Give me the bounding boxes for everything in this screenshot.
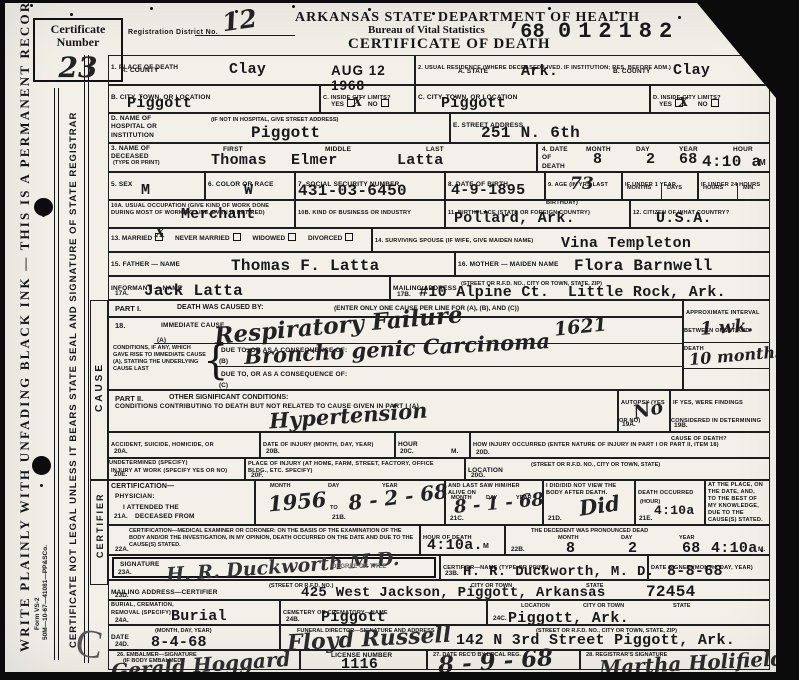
field-certifier-name: CERTIFIER—NAME (TYPE OR PRINT) 23B. H. R… (440, 555, 648, 580)
viewed-body-value: Did (577, 490, 621, 520)
death-year-value: 68 (679, 151, 698, 168)
deceased-from-label: DECEASED FROM (133, 512, 197, 522)
field-number: 20F. (251, 472, 263, 479)
field-marital-status: 13. MARRIEDX NEVER MARRIED WIDOWED DIVOR… (108, 228, 372, 252)
field-label: A. COUNTY (119, 66, 161, 76)
certifier-zip-value: 72454 (646, 583, 696, 601)
field-citizen: 12. CITIZEN OF WHAT COUNTRY? U.S.A. (630, 200, 770, 228)
conditions-note: CONDITIONS, IF ANY, WHICH GAVE RISE TO I… (113, 345, 207, 373)
pronounced-label: THE DECEDENT WAS PRONOUNCED DEAD (531, 528, 648, 535)
field-label: HOW INJURY OCCURRED (ENTER NATURE OF INJ… (471, 441, 751, 450)
field-age: 9. AGE (IN YRS LAST BIRTHDAY) 73 (545, 172, 622, 200)
field-embalmer-signature: 26. EMBALMER—SIGNATURE (IF BODY EMBALMED… (108, 650, 300, 670)
street-address-value: 251 N. 6th (481, 124, 580, 142)
file-year-stamp: ’68 (508, 21, 545, 44)
due-to-label: DUE TO, OR AS A CONSEQUENCE OF: (219, 370, 349, 380)
checkbox-no (381, 99, 389, 107)
sex-value: M (141, 182, 150, 199)
certifier-section-label: CERTIFIER (95, 492, 105, 558)
field-sex: 5. SEX M (108, 172, 205, 200)
field-burial-date: DATE (MONTH, DAY, YEAR) 24D. 8-4-68 (108, 625, 280, 650)
field-how-injury-occurred: HOW INJURY OCCURRED (ENTER NATURE OF INJ… (470, 432, 770, 458)
location-label: LOCATION (521, 603, 550, 610)
certifier-address-value: 425 West Jackson, Piggott, Arkansas (301, 585, 606, 601)
physician-label: PHYSICIAN: (109, 492, 254, 502)
field-street-address: E. STREET ADDRESS 251 N. 6th (450, 113, 770, 143)
burial-date-value: 8-4-68 (151, 634, 207, 651)
field-label: D. NAME OF HOSPITAL OR INSTITUTION (109, 114, 189, 141)
field-place-of-injury: PLACE OF INJURY (AT HOME, FARM, STREET, … (245, 458, 465, 480)
residence-state-value: Ark. (521, 63, 558, 80)
married-label: 13. MARRIED (111, 235, 152, 242)
field-number: 23A. (118, 569, 132, 576)
certificate-scan: WRITE PLAINLY WITH UNFADING BLACK INK — … (0, 0, 799, 680)
informant-value: Jack Latta (144, 282, 243, 300)
field-cemetery-name: CEMETERY OR CREMATORY—NAME 24B. Piggott (280, 600, 487, 625)
field-label: 16. MOTHER — MAIDEN NAME (456, 260, 561, 269)
spouse-value: Vina Templeton (561, 235, 691, 252)
field-number: 24A. (115, 617, 129, 624)
field-injury-location: LOCATION (STREET OR R.F.D. NO., CITY OR … (465, 458, 770, 480)
field-if-under-24-hours: IF UNDER 24 HOURS HOURS MIN. (698, 172, 770, 200)
cause-of-death-block: 18. IMMEDIATE CAUSE (A) Respiratory Fail… (108, 317, 683, 390)
checkbox-no (711, 99, 719, 107)
field-certifier-signature: SIGNATURE 23A. H. R. Duckworth M.D. DEGR… (108, 555, 440, 580)
no-label: NO (698, 101, 708, 108)
city-value: Piggott (127, 95, 192, 112)
field-death-occurred-hour: DEATH OCCURRED (HOUR) 21E. 4:10a (635, 480, 705, 525)
meridiem-label: M. (451, 448, 458, 455)
rule-line (195, 18, 295, 36)
hour-of-death-value: 4:10a. (427, 537, 483, 554)
field-number: 24C. (493, 615, 507, 622)
certifier-name-value: H. R. Duckworth, M. D. (463, 564, 654, 580)
residence-county-value: Clay (673, 62, 710, 79)
form-number: Form VS-2 (34, 597, 41, 630)
field-injury-at-work: INJURY AT WORK (SPECIFY YES OR NO) 20E. (108, 458, 245, 480)
pencil-mark: C (73, 618, 106, 668)
dob-value: 4-9-1895 (451, 182, 525, 199)
cell-divider (661, 183, 662, 200)
to-label: TO (330, 505, 338, 512)
field-informant: INFORMANT — NAME 17A. Jack Latta (108, 276, 390, 300)
checkbox-row: YESX NO (659, 99, 722, 108)
field-certification-physician: CERTIFICATION— PHYSICIAN: I ATTENDED THE… (108, 480, 255, 525)
bureau-subtitle: Bureau of Vital Statistics (368, 24, 485, 36)
field-number: 21A. (114, 513, 128, 520)
cause-section-label: CAUSE (94, 362, 105, 412)
checkbox-divorced (345, 233, 353, 241)
field-label: 4. DATE OF DEATH (540, 145, 576, 172)
field-number: 20D. (476, 449, 490, 456)
rule-line (684, 353, 769, 369)
city-note: CITY OR TOWN (583, 603, 624, 610)
field-name-of-deceased: 3. NAME OF DECEASED (TYPE OR PRINT) FIRS… (108, 143, 537, 172)
checkbox-widowed (288, 233, 296, 241)
field-note: (IF NOT IN HOSPITAL, GIVE STREET ADDRESS… (211, 117, 338, 124)
field-date-signed: DATE SIGNED (MONTH, DAY, YEAR) 8-8-68 (648, 555, 770, 580)
license-number-value: 1116 (341, 656, 378, 673)
field-date-of-injury: DATE OF INJURY (MONTH, DAY, YEAR) 20B. (260, 432, 395, 458)
field-usual-residence: 2. USUAL RESIDENCE (WHERE DECEASED LIVED… (415, 55, 770, 85)
rule-line (684, 327, 769, 343)
field-label: 10B. KIND OF BUSINESS OR INDUSTRY (296, 209, 413, 217)
field-number: 23D. (115, 592, 129, 599)
birthplace-value: Pollard, Ark. (454, 210, 575, 227)
father-name-value: Thomas F. Latta (231, 257, 380, 275)
field-number: 19A. (622, 421, 636, 428)
day-label: DAY (328, 483, 339, 490)
divorced-label: DIVORCED (308, 235, 342, 242)
field-number: 23B. (445, 570, 459, 577)
margin-rule (54, 88, 59, 660)
occupation-value: Merchant (181, 206, 255, 223)
days-label: DAYS (667, 185, 682, 192)
field-mother-name: 16. MOTHER — MAIDEN NAME Flora Barnwell (455, 252, 770, 276)
margin-permanent-record-text: WRITE PLAINLY WITH UNFADING BLACK INK — … (17, 0, 33, 652)
funeral-director-address-value: 142 N 3rd Street Piggott, Ark. (456, 632, 735, 649)
field-cemetery-location: LOCATION CITY OR TOWN STATE 24C. Piggott… (487, 600, 770, 625)
field-registrar-signature: 28. REGISTRAR'S SIGNATURE Martha Holifie… (580, 650, 770, 670)
field-father-name: 15. FATHER — NAME Thomas F. Latta (108, 252, 455, 276)
cemetery-value: Piggott (321, 609, 386, 626)
field-inside-city-limits: C. INSIDE CITY LIMITS? YESX NO (320, 85, 415, 113)
date-signed-value: 8-8-68 (667, 563, 723, 580)
ssn-value: 431-03-6450 (298, 182, 407, 200)
field-note: (TYPE OR PRINT) (113, 160, 160, 167)
field-number: 20A. (114, 448, 128, 455)
date-received-value: 8 - 9 - 68 (437, 644, 554, 679)
part2-block: PART II. OTHER SIGNIFICANT CONDITIONS: C… (108, 390, 618, 432)
field-hour-of-death: HOUR OF DEATH 4:10a. M (420, 525, 505, 555)
field-birthplace: 11. BIRTHPLACE (STATE OR FOREIGN COUNTRY… (445, 200, 630, 228)
field-attended-dates: MONTH DAY YEAR 1956 TO 21B. 8 - 2 - 68 (255, 480, 445, 525)
punch-hole (32, 456, 51, 475)
yes-label: YES (659, 101, 672, 108)
city-note: CITY OR TOWN (471, 583, 512, 590)
hour-meridiem-label: M (759, 158, 766, 167)
degree-title-label: DEGREE OR TITLE (332, 564, 386, 570)
widowed-label: WIDOWED (252, 235, 285, 242)
months-label: MONTHS (627, 185, 651, 192)
interval-column: APPROXIMATE INTERVAL BETWEEN ONSET AND D… (683, 300, 770, 390)
field-number: 20B. (266, 448, 280, 455)
no-label: NO (368, 101, 378, 108)
cell-divider (737, 183, 738, 200)
field-number: 18. (115, 321, 125, 330)
field-number: 20E. (114, 471, 127, 478)
attended-to-value: 8 - 2 - 68 (347, 479, 449, 515)
part1-label: PART I. (115, 304, 141, 313)
burial-type-value: Burial (171, 608, 227, 625)
death-day-value: 2 (646, 151, 655, 168)
certificate-number-label: Certificate Number (43, 20, 113, 49)
field-autopsy-findings: IF YES, WERE FINDINGS CONSIDERED IN DETE… (670, 390, 770, 432)
field-label: DEATH OCCURRED (636, 489, 696, 498)
informant-address-value: #10 Alpine Ct. Little Rock, Ark. (419, 284, 726, 301)
field-label: 14. SURVIVING SPOUSE (IF WIFE, GIVE MAID… (373, 237, 535, 245)
county-value: Clay (229, 61, 266, 78)
field-number: 21E. (639, 515, 652, 522)
coroner-text: CERTIFICATION—MEDICAL EXAMINER OR CORONE… (129, 528, 417, 549)
last-name-value: Latta (397, 152, 444, 169)
field-viewed-body: I DID/DID NOT VIEW THE BODY AFTER DEATH.… (543, 480, 635, 525)
part2-text: OTHER SIGNIFICANT CONDITIONS: (169, 394, 288, 401)
margin-rule (84, 55, 89, 663)
meridiem-label: M (483, 543, 489, 550)
field-label: 6. COLOR OR RACE (206, 180, 276, 189)
field-if-under-1-year: IF UNDER 1 YEAR MONTHS DAYS (622, 172, 698, 200)
field-date-of-death: 4. DATE OF DEATH MONTH 8 DAY 2 YEAR 68 H… (537, 143, 770, 172)
field-date-received: 27. DATE REC'D BY LOCAL REG. 8 - 9 - 68 (427, 650, 580, 670)
line-c-label: (C) (219, 382, 228, 389)
file-number-stamp: 012182 (558, 19, 679, 44)
field-last-saw-alive: AND LAST SAW HIM/HER ALIVE ON MONTH DAY … (445, 480, 543, 525)
form-print-code: 50M—10-67—41081—PP&SCo. (42, 545, 49, 640)
field-number: 21B. (332, 514, 346, 521)
field-burial-type: BURIAL, CREMATION, REMOVAL (SPECIFY) 24A… (108, 600, 280, 625)
checkbox-row: YESX NO (331, 99, 392, 108)
field-autopsy: AUTOPSY (YES OR NO) 19A. No (618, 390, 670, 432)
field-number: 19B. (674, 422, 688, 429)
rule-line (217, 351, 682, 367)
citizen-value: U.S.A. (656, 210, 712, 227)
certification-statement: AT THE PLACE, ON THE DATE, AND, TO THE B… (705, 480, 770, 525)
field-number: 21D. (548, 515, 562, 522)
field-license-number: LICENSE NUMBER 1116 (300, 650, 427, 670)
checkbox-never-married (233, 233, 241, 241)
field-label: PLACE OF INJURY (AT HOME, FARM, STREET, … (246, 460, 446, 476)
field-residence-city: C. CITY, TOWN, OR LOCATION Piggott (415, 85, 650, 113)
first-name-value: Thomas (211, 152, 267, 169)
field-certifier-mailing-address: MAILING ADDRESS—CERTIFIER 23D. (STREET O… (108, 580, 770, 600)
field-surviving-spouse: 14. SURVIVING SPOUSE (IF WIFE, GIVE MAID… (372, 228, 770, 252)
field-hour-of-injury: HOUR 20C. M. (395, 432, 470, 458)
checkbox-mark: X (679, 95, 688, 109)
yes-label: YES (331, 101, 344, 108)
field-number: 20G. (471, 472, 485, 479)
field-city-of-death: B. CITY, TOWN, OR LOCATION Piggott (108, 85, 320, 113)
field-number: 20C. (400, 448, 414, 455)
field-number: 17B. (397, 291, 411, 298)
field-number: 24D. (115, 641, 129, 648)
field-label: 15. FATHER — NAME (109, 260, 182, 269)
field-number: 22B. (511, 546, 525, 553)
field-residence-inside-limits: D. INSIDE CITY LIMITS? YESX NO (650, 85, 770, 113)
residence-city-value: Piggott (441, 95, 506, 112)
field-accident-suicide: ACCIDENT, SUICIDE, HOMICIDE, OR UNDETERM… (108, 432, 260, 458)
field-number: 17A. (115, 290, 129, 297)
attended-from-value: 1956 (267, 487, 327, 517)
autopsy-value: No (631, 396, 665, 424)
checkbox-mark: X (155, 226, 165, 241)
state-note: STATE (586, 583, 604, 590)
checkbox-row: 13. MARRIEDX NEVER MARRIED WIDOWED DIVOR… (109, 229, 371, 246)
field-business-industry: 10B. KIND OF BUSINESS OR INDUSTRY (295, 200, 445, 228)
margin-not-legal-text: CERTIFICATE NOT LEGAL UNLESS IT BEARS ST… (68, 112, 79, 648)
field-occupation: 10A. USUAL OCCUPATION (GIVE KIND OF WORK… (108, 200, 295, 228)
age-value: 73 (570, 174, 594, 194)
state-note: STATE (673, 603, 691, 610)
mother-name-value: Flora Barnwell (574, 257, 713, 275)
field-label: A. STATE (456, 67, 490, 77)
middle-name-value: Elmer (291, 152, 338, 169)
hours-label: HOURS (703, 185, 723, 192)
field-hospital: D. NAME OF HOSPITAL OR INSTITUTION (IF N… (108, 113, 450, 143)
hospital-value: Piggott (251, 124, 320, 142)
checkbox-mark: X (353, 95, 362, 109)
field-note: (STREET OR R.F.D. NO., CITY OR TOWN, STA… (531, 462, 660, 469)
field-label: B. COUNTY (611, 67, 653, 77)
field-date-of-birth: 8. DATE OF BIRTH 4-9-1895 (445, 172, 545, 200)
field-label: 5. SEX (109, 180, 134, 189)
part1-text: DEATH WAS CAUSED BY: (177, 304, 263, 311)
signature-box: SIGNATURE 23A. H. R. Duckworth M.D. DEGR… (112, 557, 436, 578)
death-month-value: 8 (593, 151, 602, 168)
field-number: 24B. (286, 616, 300, 623)
never-married-label: NEVER MARRIED (175, 235, 230, 242)
punch-hole (34, 198, 53, 216)
field-ssn: 7. SOCIAL SECURITY NUMBER 431-03-6450 (295, 172, 445, 200)
meridiem-label: M. (758, 546, 765, 553)
field-color-or-race: 6. COLOR OR RACE W (205, 172, 295, 200)
race-value: W (244, 182, 253, 199)
field-place-of-death: 1. PLACE OF DEATH A. COUNTY Clay AUG 12 … (108, 55, 415, 85)
field-pronounced-dead: 22B. THE DECEDENT WAS PRONOUNCED DEAD MO… (505, 525, 770, 555)
minutes-label: MIN. (743, 185, 755, 192)
death-hour-value: 4:10 a (702, 153, 761, 171)
field-number: 22A. (115, 546, 129, 553)
certification-label: CERTIFICATION— (109, 481, 254, 492)
death-hour-value: 4:10a (654, 503, 695, 518)
field-informant-mailing-address: MAILING ADDRESS (STREET OR R.F.D. NO., C… (390, 276, 770, 300)
statement-text: AT THE PLACE, ON THE DATE, AND, TO THE B… (706, 481, 766, 525)
